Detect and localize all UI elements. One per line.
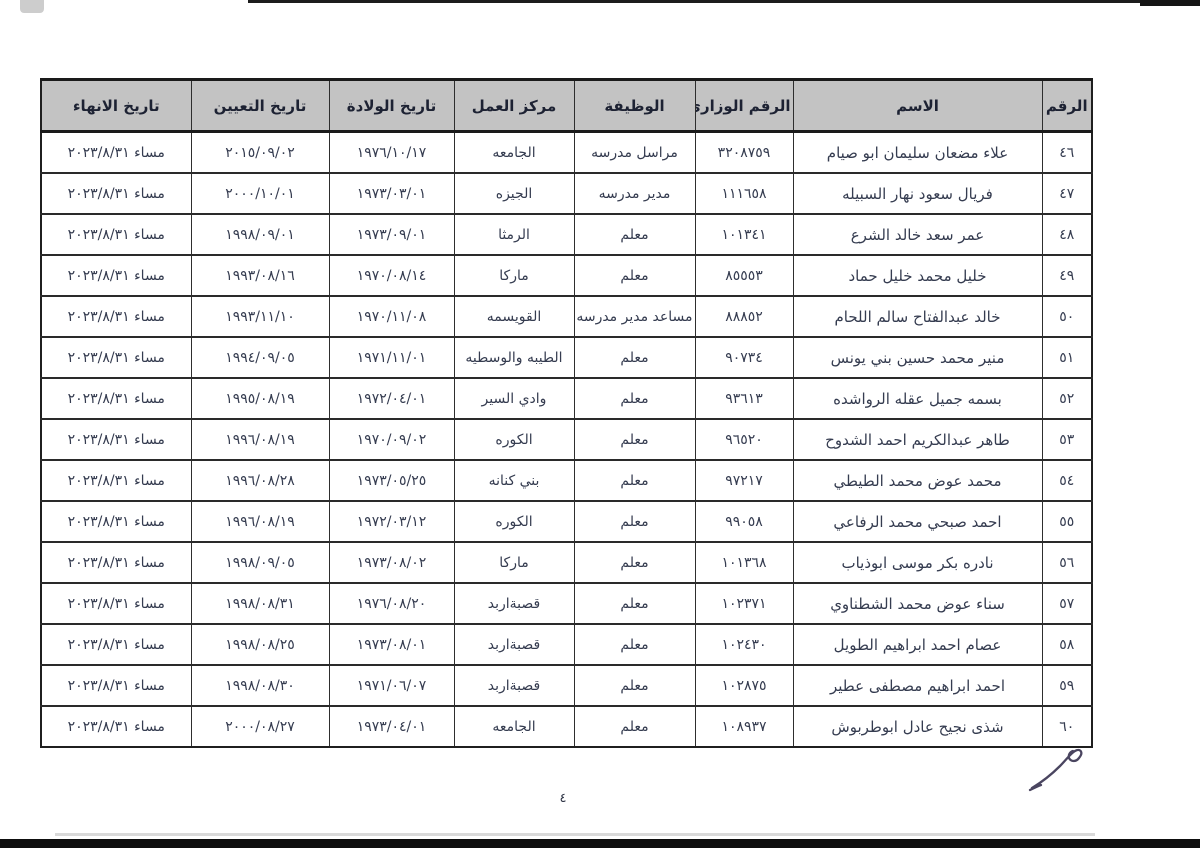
cell-appoint: ١٩٩٣/١١/١٠	[191, 296, 329, 337]
cell-name: عمر سعد خالد الشرع	[793, 214, 1042, 255]
cell-center: قصبةاربد	[454, 583, 574, 624]
cell-birth: ١٩٧١/٠٦/٠٧	[329, 665, 454, 706]
cell-ministry_no: ١٠٢٤٣٠	[695, 624, 793, 665]
scan-bottom-shade	[55, 833, 1095, 836]
cell-name: شذى نجيح عادل ابوطربوش	[793, 706, 1042, 747]
col-header-appointment-date: تاريخ التعيين	[191, 80, 329, 132]
cell-name: احمد ابراهيم مصطفى عطير	[793, 665, 1042, 706]
cell-ministry_no: ٨٥٥٥٣	[695, 255, 793, 296]
cell-name: علاء مضعان سليمان ابو صيام	[793, 132, 1042, 174]
cell-end: مساء ٢٠٢٣/٨/٣١	[41, 337, 191, 378]
cell-appoint: ١٩٩٣/٠٨/١٦	[191, 255, 329, 296]
cell-name: منير محمد حسين بني يونس	[793, 337, 1042, 378]
cell-job: معلم	[574, 255, 695, 296]
cell-end: مساء ٢٠٢٣/٨/٣١	[41, 173, 191, 214]
cell-center: الجامعه	[454, 706, 574, 747]
cell-center: الكوره	[454, 501, 574, 542]
table-row: ٥٨عصام احمد ابراهيم الطويل١٠٢٤٣٠معلمقصبة…	[41, 624, 1092, 665]
cell-name: بسمه جميل عقله الرواشده	[793, 378, 1042, 419]
cell-job: مراسل مدرسه	[574, 132, 695, 174]
cell-job: معلم	[574, 460, 695, 501]
cell-ministry_no: ٩٦٥٢٠	[695, 419, 793, 460]
cell-num: ٤٨	[1042, 214, 1092, 255]
cell-end: مساء ٢٠٢٣/٨/٣١	[41, 501, 191, 542]
cell-name: عصام احمد ابراهيم الطويل	[793, 624, 1042, 665]
cell-ministry_no: ١١١٦٥٨	[695, 173, 793, 214]
cell-appoint: ١٩٩٥/٠٨/١٩	[191, 378, 329, 419]
cell-num: ٥٢	[1042, 378, 1092, 419]
cell-center: الجامعه	[454, 132, 574, 174]
cell-job: معلم	[574, 214, 695, 255]
cell-job: معلم	[574, 337, 695, 378]
cell-birth: ١٩٧٢/٠٤/٠١	[329, 378, 454, 419]
cell-center: الرمثا	[454, 214, 574, 255]
table-row: ٥٤محمد عوض محمد الطيطي٩٧٢١٧معلمبني كنانه…	[41, 460, 1092, 501]
table-row: ٤٦علاء مضعان سليمان ابو صيام٣٢٠٨٧٥٩مراسل…	[41, 132, 1092, 174]
scan-corner-smudge	[20, 0, 44, 13]
cell-job: معلم	[574, 378, 695, 419]
table-row: ٥١منير محمد حسين بني يونس٩٠٧٣٤معلمالطيبه…	[41, 337, 1092, 378]
cell-ministry_no: ٣٢٠٨٧٥٩	[695, 132, 793, 174]
cell-job: معلم	[574, 542, 695, 583]
cell-center: بني كنانه	[454, 460, 574, 501]
cell-birth: ١٩٧٢/٠٣/١٢	[329, 501, 454, 542]
cell-end: مساء ٢٠٢٣/٨/٣١	[41, 542, 191, 583]
table-row: ٤٧فريال سعود نهار السبيله١١١٦٥٨مدير مدرس…	[41, 173, 1092, 214]
cell-end: مساء ٢٠٢٣/٨/٣١	[41, 296, 191, 337]
cell-center: وادي السير	[454, 378, 574, 419]
cell-ministry_no: ٩٠٧٣٤	[695, 337, 793, 378]
cell-center: ماركا	[454, 255, 574, 296]
cell-birth: ١٩٧٠/٠٨/١٤	[329, 255, 454, 296]
header-row: الرقم الاسم الرقم الوزاري الوظيفة مركز ا…	[41, 80, 1092, 132]
cell-center: القويسمه	[454, 296, 574, 337]
scan-top-edge-line	[248, 0, 1200, 3]
cell-birth: ١٩٧١/١١/٠١	[329, 337, 454, 378]
cell-num: ٥٩	[1042, 665, 1092, 706]
cell-end: مساء ٢٠٢٣/٨/٣١	[41, 583, 191, 624]
cell-appoint: ٢٠٠٠/٠٨/٢٧	[191, 706, 329, 747]
cell-birth: ١٩٧٠/١١/٠٨	[329, 296, 454, 337]
cell-appoint: ١٩٩٤/٠٩/٠٥	[191, 337, 329, 378]
cell-appoint: ١٩٩٨/٠٨/٢٥	[191, 624, 329, 665]
table-row: ٥٠خالد عبدالفتاح سالم اللحام٨٨٨٥٢مساعد م…	[41, 296, 1092, 337]
page-number: ٤	[553, 791, 573, 806]
col-header-termination-date: تاريخ الانهاء	[41, 80, 191, 132]
table-body: ٤٦علاء مضعان سليمان ابو صيام٣٢٠٨٧٥٩مراسل…	[41, 132, 1092, 748]
cell-ministry_no: ١٠٨٩٣٧	[695, 706, 793, 747]
cell-birth: ١٩٧٣/٠٨/٠١	[329, 624, 454, 665]
cell-num: ٥٠	[1042, 296, 1092, 337]
cell-ministry_no: ٩٣٦١٣	[695, 378, 793, 419]
cell-end: مساء ٢٠٢٣/٨/٣١	[41, 255, 191, 296]
cell-birth: ١٩٧٠/٠٩/٠٢	[329, 419, 454, 460]
cell-appoint: ١٩٩٨/٠٨/٣٠	[191, 665, 329, 706]
cell-birth: ١٩٧٣/٠٩/٠١	[329, 214, 454, 255]
cell-ministry_no: ٨٨٨٥٢	[695, 296, 793, 337]
signature-mark	[1028, 747, 1090, 793]
cell-appoint: ١٩٩٨/٠٨/٣١	[191, 583, 329, 624]
cell-center: الجيزه	[454, 173, 574, 214]
cell-num: ٦٠	[1042, 706, 1092, 747]
cell-job: معلم	[574, 501, 695, 542]
cell-job: معلم	[574, 624, 695, 665]
table-row: ٦٠شذى نجيح عادل ابوطربوش١٠٨٩٣٧معلمالجامع…	[41, 706, 1092, 747]
cell-name: فريال سعود نهار السبيله	[793, 173, 1042, 214]
cell-num: ٤٧	[1042, 173, 1092, 214]
cell-num: ٤٦	[1042, 132, 1092, 174]
cell-center: قصبةاربد	[454, 665, 574, 706]
employees-table: الرقم الاسم الرقم الوزاري الوظيفة مركز ا…	[40, 78, 1093, 748]
cell-num: ٤٩	[1042, 255, 1092, 296]
cell-birth: ١٩٧٦/٠٨/٢٠	[329, 583, 454, 624]
cell-name: محمد عوض محمد الطيطي	[793, 460, 1042, 501]
cell-appoint: ١٩٩٨/٠٩/٠١	[191, 214, 329, 255]
cell-appoint: ١٩٩٦/٠٨/٢٨	[191, 460, 329, 501]
cell-ministry_no: ١٠٢٣٧١	[695, 583, 793, 624]
col-header-name: الاسم	[793, 80, 1042, 132]
cell-num: ٥٣	[1042, 419, 1092, 460]
cell-ministry_no: ١٠١٣٦٨	[695, 542, 793, 583]
col-header-work-center: مركز العمل	[454, 80, 574, 132]
cell-name: نادره بكر موسى ابوذياب	[793, 542, 1042, 583]
cell-appoint: ٢٠١٥/٠٩/٠٢	[191, 132, 329, 174]
cell-num: ٥١	[1042, 337, 1092, 378]
table-row: ٥٩احمد ابراهيم مصطفى عطير١٠٢٨٧٥معلمقصبةا…	[41, 665, 1092, 706]
cell-end: مساء ٢٠٢٣/٨/٣١	[41, 706, 191, 747]
employee-table-container: الرقم الاسم الرقم الوزاري الوظيفة مركز ا…	[42, 78, 1093, 748]
cell-center: الكوره	[454, 419, 574, 460]
cell-name: خالد عبدالفتاح سالم اللحام	[793, 296, 1042, 337]
cell-name: خليل محمد خليل حماد	[793, 255, 1042, 296]
col-header-number: الرقم	[1042, 80, 1092, 132]
cell-job: معلم	[574, 665, 695, 706]
cell-job: معلم	[574, 706, 695, 747]
cell-end: مساء ٢٠٢٣/٨/٣١	[41, 624, 191, 665]
cell-num: ٥٧	[1042, 583, 1092, 624]
cell-end: مساء ٢٠٢٣/٨/٣١	[41, 378, 191, 419]
cell-job: معلم	[574, 583, 695, 624]
cell-job: مساعد مدير مدرسه	[574, 296, 695, 337]
table-row: ٥٦نادره بكر موسى ابوذياب١٠١٣٦٨معلمماركا١…	[41, 542, 1092, 583]
cell-birth: ١٩٧٣/٠٨/٠٢	[329, 542, 454, 583]
cell-job: معلم	[574, 419, 695, 460]
cell-center: ماركا	[454, 542, 574, 583]
cell-end: مساء ٢٠٢٣/٨/٣١	[41, 460, 191, 501]
table-row: ٤٨عمر سعد خالد الشرع١٠١٣٤١معلمالرمثا١٩٧٣…	[41, 214, 1092, 255]
col-header-birth-date: تاريخ الولادة	[329, 80, 454, 132]
table-row: ٥٣طاهر عبدالكريم احمد الشدوح٩٦٥٢٠معلمالك…	[41, 419, 1092, 460]
table-row: ٥٢بسمه جميل عقله الرواشده٩٣٦١٣معلموادي ا…	[41, 378, 1092, 419]
table-row: ٥٥احمد صبحي محمد الرفاعي٩٩٠٥٨معلمالكوره١…	[41, 501, 1092, 542]
cell-birth: ١٩٧٣/٠٣/٠١	[329, 173, 454, 214]
cell-end: مساء ٢٠٢٣/٨/٣١	[41, 419, 191, 460]
scan-top-edge-line-thick	[1140, 0, 1200, 6]
cell-appoint: ١٩٩٦/٠٨/١٩	[191, 419, 329, 460]
cell-appoint: ١٩٩٦/٠٨/١٩	[191, 501, 329, 542]
cell-name: طاهر عبدالكريم احمد الشدوح	[793, 419, 1042, 460]
cell-ministry_no: ١٠١٣٤١	[695, 214, 793, 255]
cell-name: احمد صبحي محمد الرفاعي	[793, 501, 1042, 542]
cell-end: مساء ٢٠٢٣/٨/٣١	[41, 132, 191, 174]
table-row: ٤٩خليل محمد خليل حماد٨٥٥٥٣معلمماركا١٩٧٠/…	[41, 255, 1092, 296]
table-row: ٥٧سناء عوض محمد الشطناوي١٠٢٣٧١معلمقصبةار…	[41, 583, 1092, 624]
cell-num: ٥٨	[1042, 624, 1092, 665]
col-header-ministry-number: الرقم الوزاري	[695, 80, 793, 132]
col-header-job: الوظيفة	[574, 80, 695, 132]
cell-end: مساء ٢٠٢٣/٨/٣١	[41, 665, 191, 706]
scan-bottom-edge-bar	[0, 839, 1200, 848]
cell-job: مدير مدرسه	[574, 173, 695, 214]
cell-center: الطيبه والوسطيه	[454, 337, 574, 378]
cell-name: سناء عوض محمد الشطناوي	[793, 583, 1042, 624]
cell-birth: ١٩٧٦/١٠/١٧	[329, 132, 454, 174]
cell-ministry_no: ١٠٢٨٧٥	[695, 665, 793, 706]
scanned-document-page: { "page": { "number": "٤" }, "table": { …	[0, 0, 1200, 848]
cell-appoint: ٢٠٠٠/١٠/٠١	[191, 173, 329, 214]
cell-num: ٥٦	[1042, 542, 1092, 583]
cell-end: مساء ٢٠٢٣/٨/٣١	[41, 214, 191, 255]
cell-num: ٥٤	[1042, 460, 1092, 501]
cell-num: ٥٥	[1042, 501, 1092, 542]
cell-ministry_no: ٩٧٢١٧	[695, 460, 793, 501]
cell-birth: ١٩٧٣/٠٥/٢٥	[329, 460, 454, 501]
cell-center: قصبةاربد	[454, 624, 574, 665]
cell-birth: ١٩٧٣/٠٤/٠١	[329, 706, 454, 747]
cell-appoint: ١٩٩٨/٠٩/٠٥	[191, 542, 329, 583]
cell-ministry_no: ٩٩٠٥٨	[695, 501, 793, 542]
